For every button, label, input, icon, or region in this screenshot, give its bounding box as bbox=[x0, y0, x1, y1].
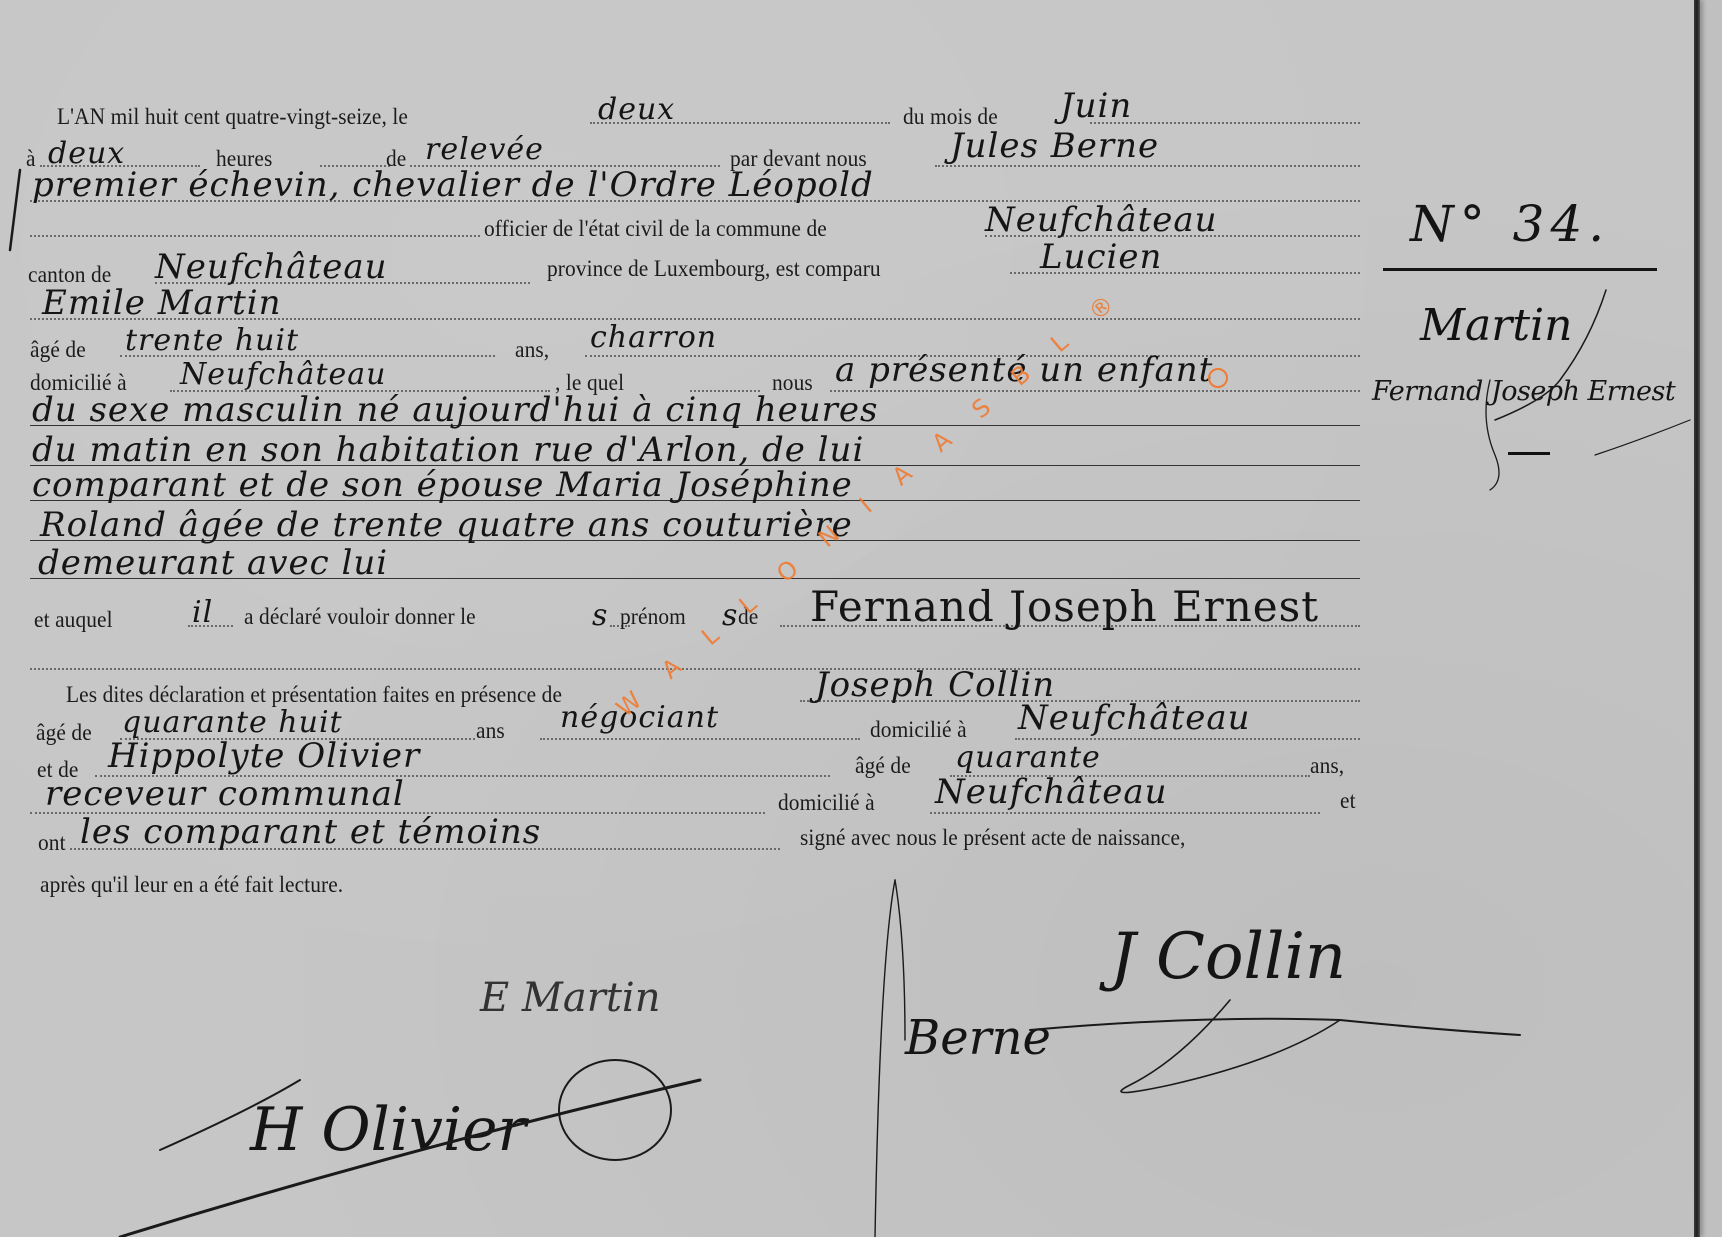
civil-record-page: L'AN mil huit cent quatre-vingt-seize, l… bbox=[0, 0, 1722, 1237]
hw-signers: les comparant et témoins bbox=[80, 812, 541, 852]
hw-s1: s bbox=[592, 598, 608, 633]
printed-de2: de bbox=[738, 604, 758, 630]
hw-line-sex: du sexe masculin né aujourd'hui à cinq h… bbox=[32, 390, 878, 430]
hw-canton: Neufchâteau bbox=[155, 247, 388, 287]
hw-month: Juin bbox=[1060, 86, 1132, 126]
signature-e-martin: E Martin bbox=[480, 975, 660, 1021]
hw-witness2-occupation: receveur communal bbox=[45, 774, 405, 814]
hw-witness1-age: quarante huit bbox=[122, 705, 343, 740]
printed-ans: ans, bbox=[515, 337, 549, 363]
hw-line-matin: du matin en son habitation rue d'Arlon, … bbox=[32, 430, 864, 470]
signature-officer: Berne bbox=[905, 1010, 1051, 1066]
hw-child-names: Fernand Joseph Ernest bbox=[810, 582, 1319, 631]
hw-commune: Neufchâteau bbox=[985, 200, 1218, 240]
printed-a-declare: a déclaré vouloir donner le bbox=[244, 604, 476, 630]
printed-domicilie-3: domicilié à bbox=[778, 790, 875, 816]
margin-given-names: Fernand Joseph Ernest bbox=[1372, 376, 1675, 407]
printed-signe: signé avec nous le présent acte de naiss… bbox=[800, 825, 1185, 851]
hw-line-roland: Roland âgée de trente quatre ans couturi… bbox=[40, 505, 853, 545]
signature-j-collin: J Collin bbox=[1110, 920, 1346, 994]
printed-age-de-3: âgé de bbox=[855, 753, 911, 779]
printed-ont: ont bbox=[38, 830, 66, 856]
hw-witness2: Hippolyte Olivier bbox=[108, 736, 420, 776]
printed-year: L'AN mil huit cent quatre-vingt-seize, l… bbox=[57, 104, 408, 130]
hw-father-first: Lucien bbox=[1040, 237, 1162, 277]
printed-et-auquel: et auquel bbox=[34, 607, 113, 633]
printed-age-de: âgé de bbox=[30, 337, 86, 363]
printed-prenom: prénom bbox=[620, 604, 686, 630]
margin-surname: Martin bbox=[1420, 300, 1572, 351]
hw-witness1-occupation: négociant bbox=[560, 700, 719, 735]
printed-ans-2: ans bbox=[476, 718, 505, 744]
hw-day: deux bbox=[598, 92, 675, 127]
hw-witness1-domicile: Neufchâteau bbox=[1018, 698, 1251, 738]
printed-domicilie-2: domicilié à bbox=[870, 717, 967, 743]
printed-age-de-2: âgé de bbox=[36, 720, 92, 746]
hw-line-comparant: comparant et de son épouse Maria Joséphi… bbox=[32, 465, 853, 505]
printed-province: province de Luxembourg, est comparu bbox=[547, 256, 881, 282]
hw-father-domicile: Neufchâteau bbox=[180, 357, 386, 392]
hw-presented: a présenté un enfant bbox=[835, 350, 1213, 390]
hw-officer-title: premier échevin, chevalier de l'Ordre Lé… bbox=[32, 165, 874, 205]
hw-s2: s bbox=[722, 598, 738, 633]
margin-dash bbox=[1508, 452, 1550, 455]
register-number: N° 34. bbox=[1410, 195, 1610, 253]
page-edge bbox=[1700, 0, 1722, 1237]
hw-officer-name: Jules Berne bbox=[950, 126, 1159, 166]
hw-father-age: trente huit bbox=[125, 323, 299, 358]
register-underline bbox=[1383, 268, 1657, 271]
hw-father-name: Emile Martin bbox=[42, 283, 282, 323]
hw-il: il bbox=[192, 595, 213, 630]
hw-witness2-age: quarante bbox=[955, 740, 1101, 775]
printed-apres: après qu'il leur en a été fait lecture. bbox=[40, 872, 343, 898]
printed-et: et bbox=[1340, 788, 1356, 814]
hw-witness2-domicile: Neufchâteau bbox=[935, 772, 1168, 812]
margin-border-line bbox=[1694, 0, 1700, 1237]
printed-officier: officier de l'état civil de la commune d… bbox=[484, 216, 827, 242]
printed-ans-3: ans, bbox=[1310, 753, 1344, 779]
hw-relevee: relevée bbox=[425, 132, 544, 167]
signature-h-olivier: H Olivier bbox=[250, 1095, 526, 1165]
hw-father-occupation: charron bbox=[590, 320, 717, 355]
hw-line-demeurant: demeurant avec lui bbox=[38, 543, 388, 583]
